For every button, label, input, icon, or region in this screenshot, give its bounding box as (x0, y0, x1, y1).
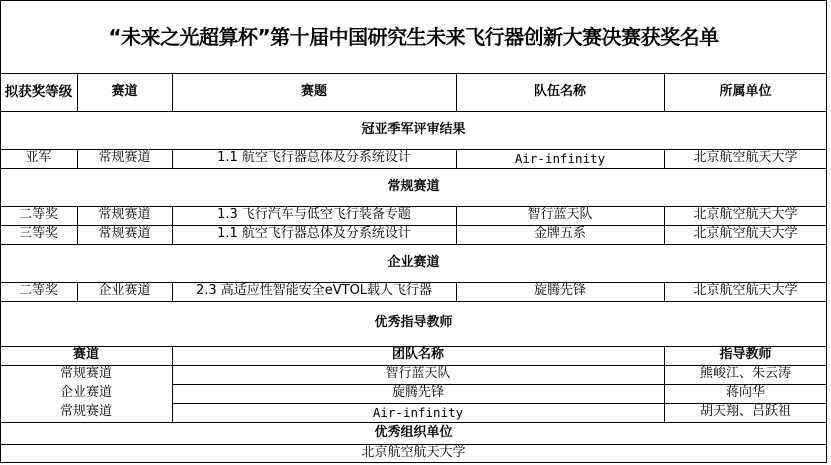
header-team: 队伍名称 (456, 73, 664, 111)
advisor-name-cell: 胡天翔、吕跃祖 (664, 403, 827, 422)
topic-cell: 2.3 高适应性智能安全eVTOL载人飞行器 (172, 282, 456, 301)
advisor-team-cell: 旋腾先锋 (172, 384, 664, 403)
team-cell: 智行蓝天队 (456, 206, 664, 225)
header-track: 赛道 (77, 73, 172, 111)
section-title-champion: 冠亚季军评审结果 (0, 111, 827, 149)
advisor-header-track: 赛道 (0, 346, 172, 365)
page-title: “未来之光超算杯”第十届中国研究生未来飞行器创新大赛决赛获奖名单 (0, 0, 827, 73)
unit-cell: 北京航空航天大学 (664, 206, 827, 225)
advisor-team-cell: 智行蓝天队 (172, 365, 664, 384)
team-cell: Air-infinity (456, 149, 664, 168)
topic-cell: 1.1 航空飞行器总体及分系统设计 (172, 149, 456, 168)
track-cell: 常规赛道 (77, 225, 172, 244)
track-cell: 企业赛道 (77, 282, 172, 301)
advisor-track-cell: 常规赛道 (0, 403, 172, 422)
award-cell: 二等奖 (0, 206, 77, 225)
award-cell: 亚军 (0, 149, 77, 168)
topic-cell: 1.3 飞行汽车与低空飞行装备专题 (172, 206, 456, 225)
section-title-enterprise: 企业赛道 (0, 244, 827, 282)
section-title-organization: 优秀组织单位 (0, 422, 827, 444)
header-award-level: 拟获奖等级 (0, 73, 77, 111)
advisor-track-cell: 常规赛道 (0, 365, 172, 384)
advisor-name-cell: 熊峻江、朱云涛 (664, 365, 827, 384)
advisor-team-cell: Air-infinity (172, 403, 664, 422)
award-cell: 三等奖 (0, 225, 77, 244)
unit-cell: 北京航空航天大学 (664, 225, 827, 244)
track-cell: 常规赛道 (77, 149, 172, 168)
advisor-track-cell: 企业赛道 (0, 384, 172, 403)
unit-cell: 北京航空航天大学 (664, 282, 827, 301)
organization-value: 北京航空航天大学 (0, 444, 827, 463)
team-cell: 旋腾先锋 (456, 282, 664, 301)
advisor-name-cell: 蒋向华 (664, 384, 827, 403)
section-title-regular: 常规赛道 (0, 168, 827, 206)
topic-cell: 1.1 航空飞行器总体及分系统设计 (172, 225, 456, 244)
header-topic: 赛题 (172, 73, 456, 111)
header-unit: 所属单位 (664, 73, 827, 111)
track-cell: 常规赛道 (77, 206, 172, 225)
unit-cell: 北京航空航天大学 (664, 149, 827, 168)
section-title-advisors: 优秀指导教师 (0, 301, 827, 346)
advisor-header-advisor: 指导教师 (664, 346, 827, 365)
award-cell: 二等奖 (0, 282, 77, 301)
team-cell: 金牌五系 (456, 225, 664, 244)
advisor-header-team: 团队名称 (172, 346, 664, 365)
